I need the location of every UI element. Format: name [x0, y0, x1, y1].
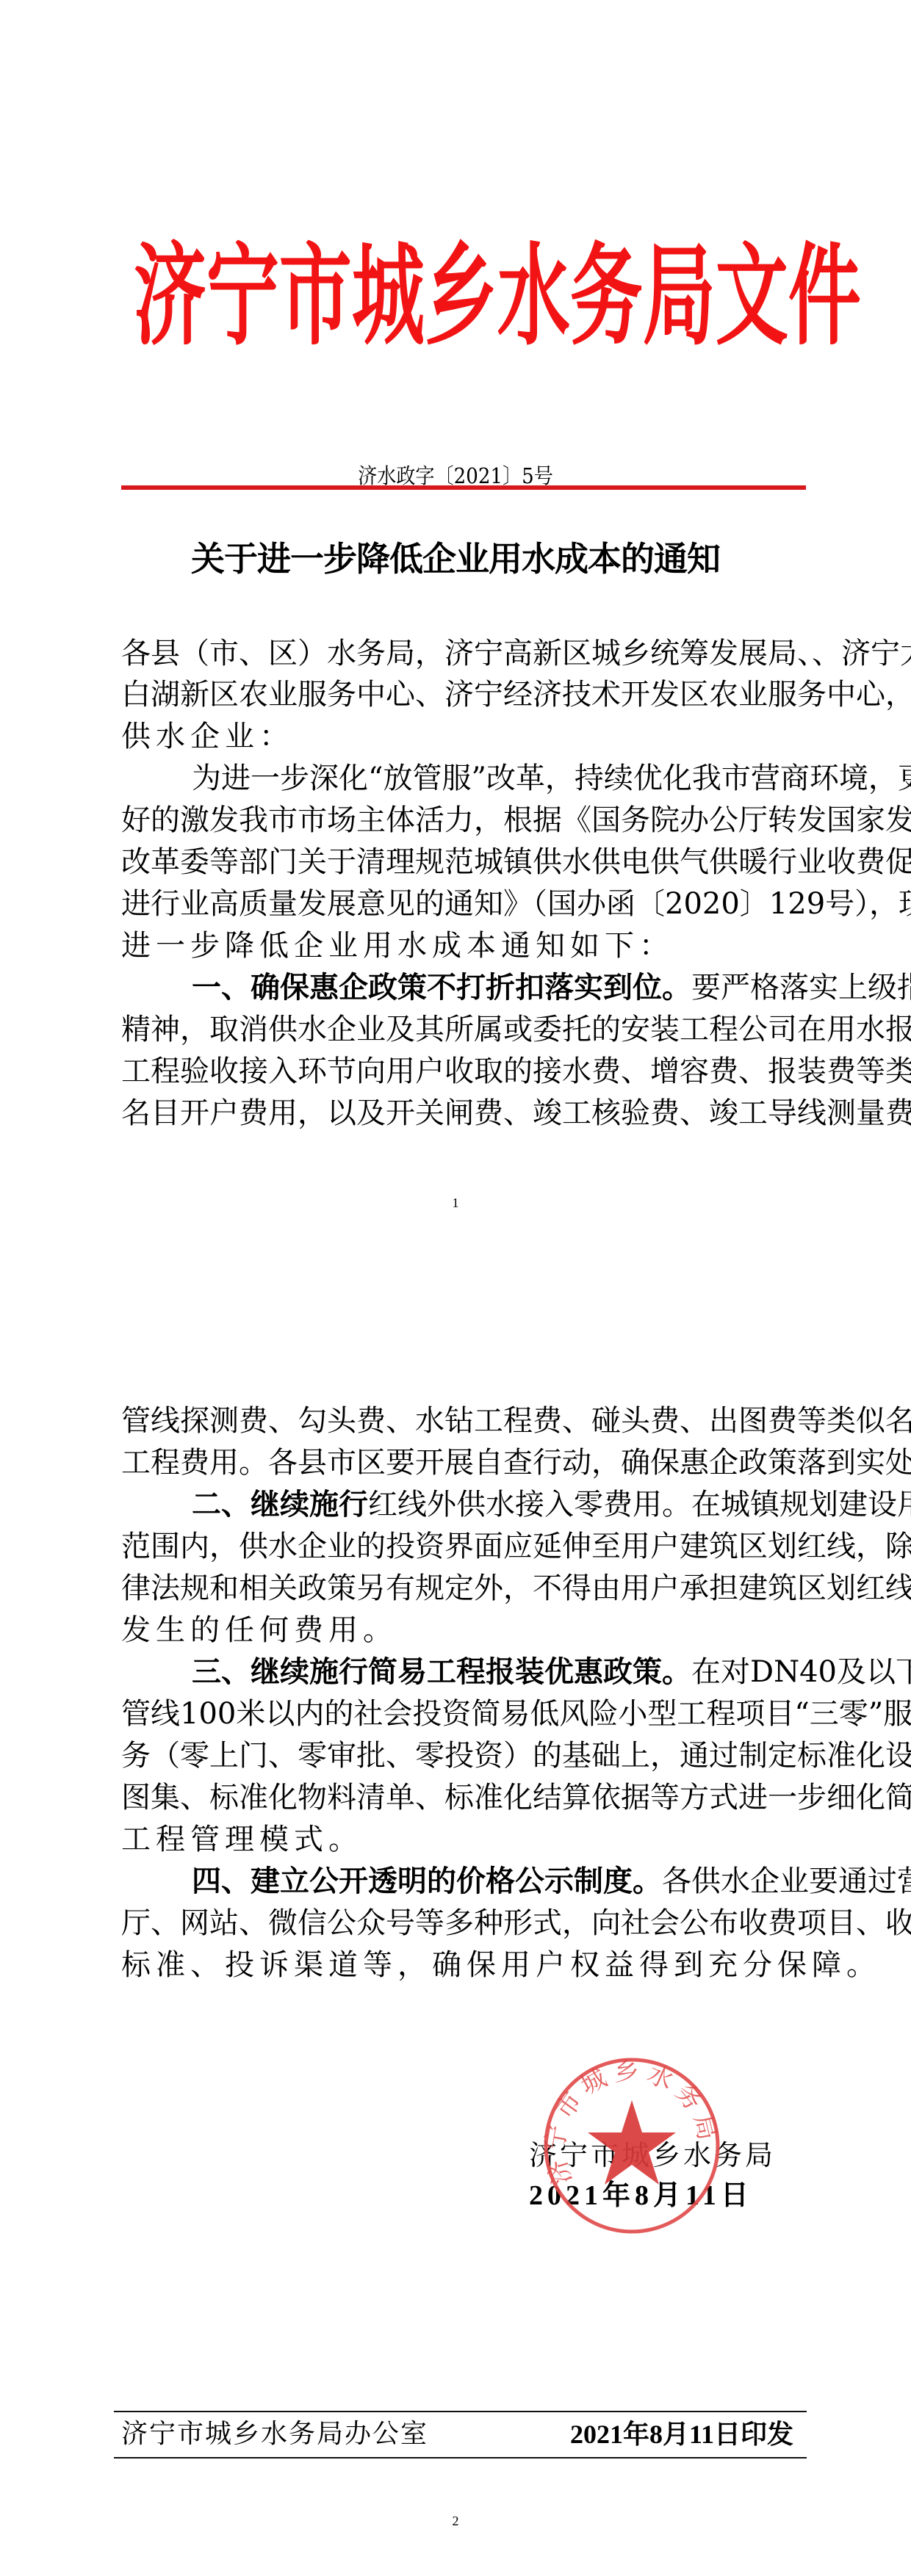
page-1: 济 宁 市 城 乡 水 务 局 文 件 济水政字〔2021〕5号 关于进一步降低…	[0, 0, 911, 1288]
body-line: 管线100米以内的社会投资简易低风险小型工程项目“三零”服	[121, 1696, 792, 1732]
body-line: 工程验收接入环节向用户收取的接水费、增容费、报装费等类似	[121, 1053, 792, 1090]
section-heading-line: 四、建立公开透明的价格公示制度。各供水企业要通过营业	[192, 1863, 792, 1900]
issuer-signature: 济宁市城乡水务局	[529, 2138, 776, 2172]
document-title: 关于进一步降低企业用水成本的通知	[0, 538, 911, 579]
masthead-char: 城	[352, 241, 400, 351]
section-text: 要严格落实上级指示	[691, 971, 911, 1005]
footer-office: 济宁市城乡水务局办公室	[121, 2417, 428, 2451]
body-line: 标准、投诉渠道等，确保用户权益得到充分保障。	[121, 1947, 792, 1983]
masthead-char: 件	[788, 241, 836, 351]
body-line: 范围内，供水企业的投资界面应延伸至用户建筑区划红线，除法	[121, 1528, 792, 1565]
body-line: 厅、网站、微信公众号等多种形式，向社会公布收费项目、收费	[121, 1905, 792, 1942]
section-text: 红线外供水接入零费用。在城镇规划建设用地	[368, 1488, 911, 1522]
footer-issue-date: 2021年8月11日印发	[570, 2417, 793, 2451]
body-line: 律法规和相关政策另有规定外，不得由用户承担建筑区划红线外	[121, 1570, 792, 1607]
page-number: 2	[0, 2514, 911, 2529]
masthead-char: 文	[716, 241, 763, 351]
section-heading: 二、继续施行	[192, 1488, 368, 1522]
body-line: 为进一步深化“放管服”改革，持续优化我市营商环境，更	[192, 760, 792, 797]
body-line: 精神，取消供水企业及其所属或委托的安装工程公司在用水报装	[121, 1011, 792, 1048]
footer-top-rule	[114, 2411, 807, 2412]
masthead-char: 务	[570, 241, 618, 351]
body-line: 供水企业：	[121, 718, 792, 755]
section-heading-line: 一、确保惠企政策不打折扣落实到位。要严格落实上级指示	[192, 969, 792, 1006]
section-text: 各供水企业要通过营业	[662, 1864, 911, 1898]
page-number: 1	[0, 1195, 911, 1211]
red-divider	[121, 485, 806, 490]
signature-date: 2021年8月11日	[529, 2179, 753, 2213]
masthead: 济 宁 市 城 乡 水 务 局 文 件	[121, 234, 806, 358]
body-line: 进行业高质量发展意见的通知》（国办函〔2020〕129号），现就	[121, 886, 792, 922]
masthead-char: 水	[497, 241, 545, 351]
body-line: 进一步降低企业用水成本通知如下：	[121, 927, 792, 964]
section-heading: 三、继续施行简易工程报装优惠政策。	[192, 1655, 691, 1689]
body-line: 务（零上门、零审批、零投资）的基础上，通过制定标准化设计	[121, 1737, 792, 1774]
body-line: 图集、标准化物料清单、标准化结算依据等方式进一步细化简易	[121, 1779, 792, 1816]
body-line: 管线探测费、勾头费、水钻工程费、碰头费、出图费等类似名目	[121, 1403, 792, 1439]
body-line: 工程管理模式。	[121, 1821, 792, 1858]
body-line: 白湖新区农业服务中心、济宁经济技术开发区农业服务中心，各	[121, 676, 792, 713]
section-heading-line: 二、继续施行红线外供水接入零费用。在城镇规划建设用地	[192, 1486, 792, 1523]
masthead-char: 市	[279, 241, 327, 351]
footer-bottom-rule	[114, 2457, 807, 2459]
section-heading-line: 三、继续施行简易工程报装优惠政策。在对DN40及以下、	[192, 1654, 792, 1690]
body-line: 发生的任何费用。	[121, 1612, 792, 1649]
masthead-char: 局	[643, 241, 691, 351]
section-text: 在对DN40及以下、	[691, 1655, 911, 1689]
body-line: 好的激发我市市场主体活力，根据《国务院办公厅转发国家发展	[121, 802, 792, 839]
masthead-char: 济	[134, 241, 181, 351]
section-heading: 一、确保惠企政策不打折扣落实到位。	[192, 971, 691, 1005]
body-line: 各县（市、区）水务局，济宁高新区城乡统筹发展局、、济宁太	[121, 635, 792, 672]
masthead-char: 宁	[206, 241, 254, 351]
section-heading: 四、建立公开透明的价格公示制度。	[192, 1864, 662, 1898]
body-line: 改革委等部门关于清理规范城镇供水供电供气供暖行业收费促	[121, 844, 792, 880]
body-line: 名目开户费用，以及开关闸费、竣工核验费、竣工导线测量费、	[121, 1095, 792, 1132]
body-line: 工程费用。各县市区要开展自查行动，确保惠企政策落到实处。	[121, 1444, 792, 1481]
masthead-char: 乡	[425, 241, 472, 351]
